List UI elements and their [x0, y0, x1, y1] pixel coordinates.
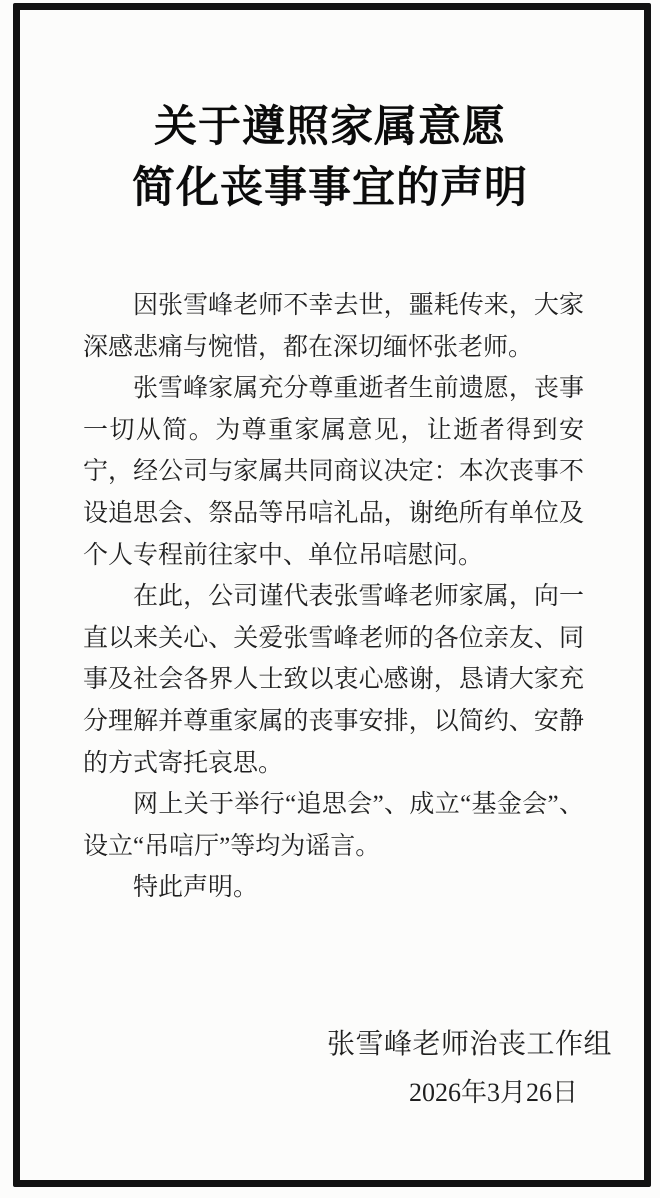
- statement-paragraph-4: 网上关于举行“追思会”、成立“基金会”、设立“吊唁厅”等均为谣言。: [83, 784, 584, 867]
- statement-body: 因张雪峰老师不幸去世，噩耗传来，大家深感悲痛与惋惜，都在深切缅怀张老师。 张雪峰…: [83, 285, 584, 909]
- signature-line: 张雪峰老师治丧工作组: [327, 1028, 612, 1062]
- statement-paragraph-5: 特此声明。: [83, 867, 584, 909]
- statement-paragraph-1: 因张雪峰老师不幸去世，噩耗传来，大家深感悲痛与惋惜，都在深切缅怀张老师。: [83, 285, 584, 368]
- statement-title-line2: 简化丧事事宜的声明: [0, 158, 660, 219]
- statement-title-line1: 关于遵照家属意愿: [0, 97, 660, 158]
- statement-paragraph-3: 在此，公司谨代表张雪峰老师家属，向一直以来关心、关爱张雪峰老师的各位亲友、同事及…: [83, 576, 584, 784]
- statement-title: 关于遵照家属意愿 简化丧事事宜的声明: [0, 97, 660, 219]
- statement-paragraph-2: 张雪峰家属充分尊重逝者生前遗愿，丧事一切从简。为尊重家属意见，让逝者得到安宁，经…: [83, 368, 584, 576]
- date-line: 2026年3月26日: [409, 1077, 578, 1109]
